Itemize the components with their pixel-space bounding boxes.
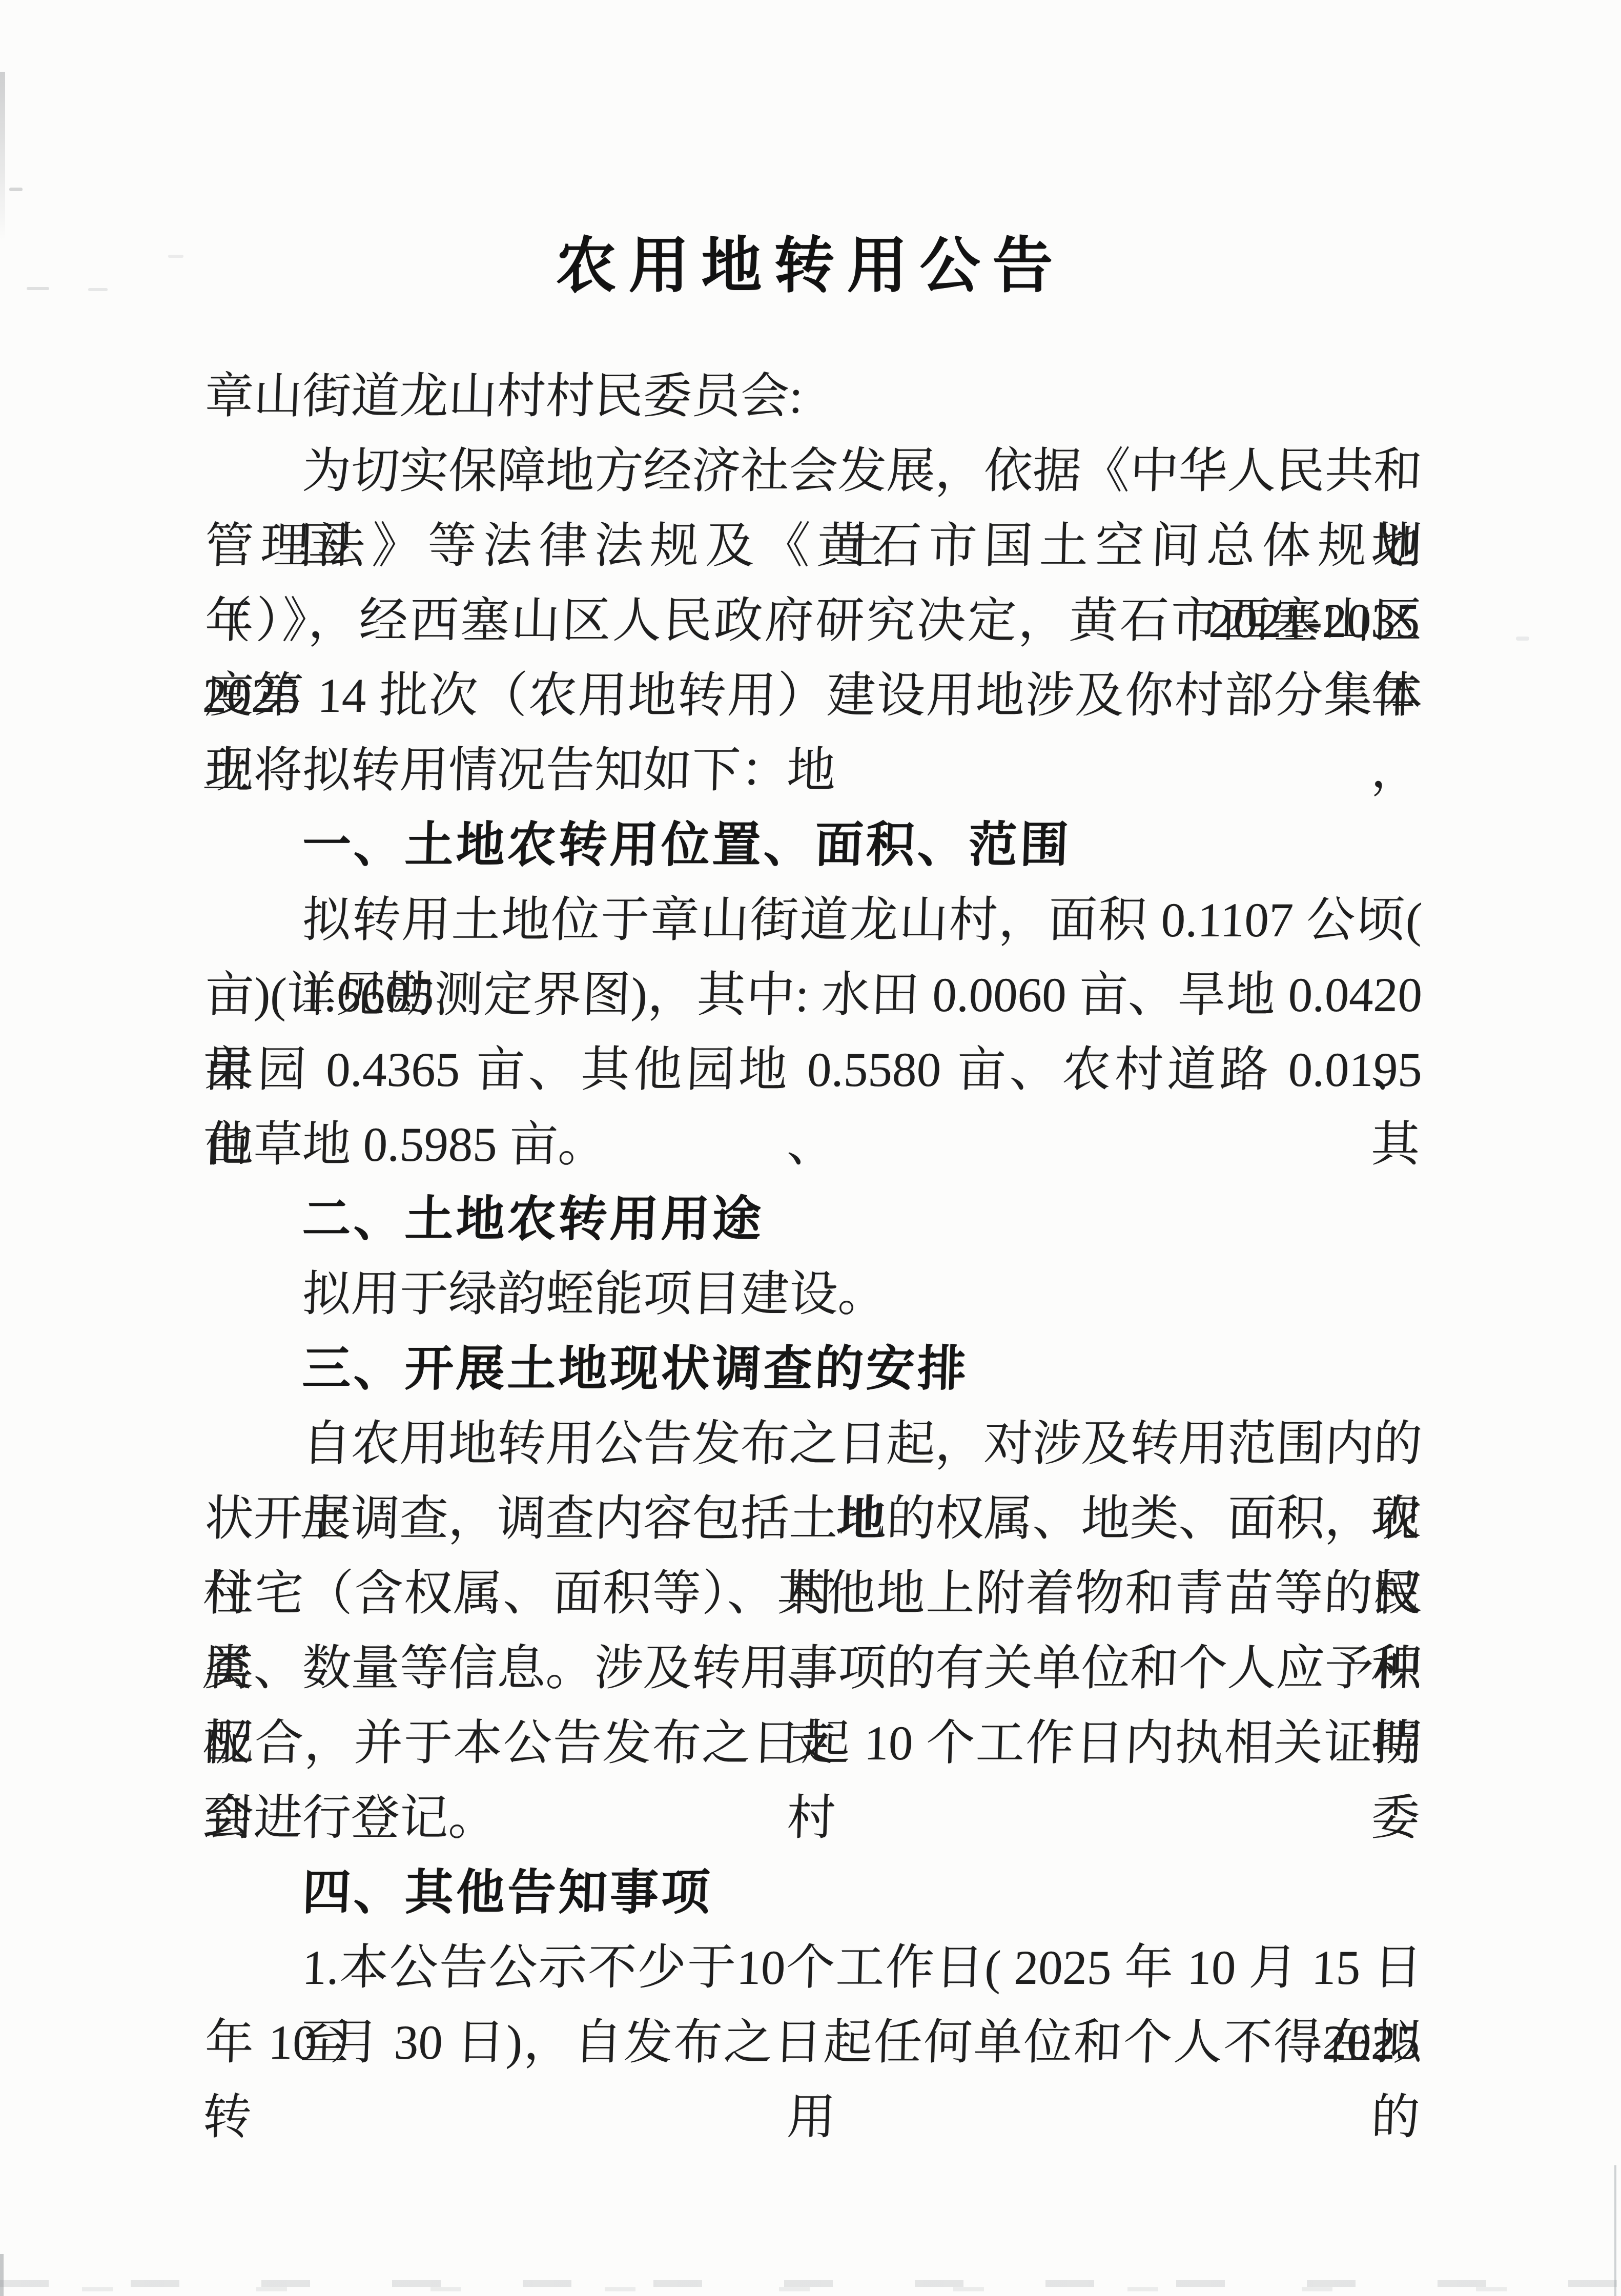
paragraph-line: 拟转用土地位于章山街道龙山村，面积 0.1107 公顷( 1.6605: [204, 883, 1424, 957]
paragraph-line: 类、数量等信息。涉及转用事项的有关单位和个人应予积极支持: [204, 1631, 1424, 1706]
section-heading-3: 三、开展土地现状调查的安排: [204, 1331, 1424, 1406]
document-body: 章山街道龙山村村民委员会: 为切实保障地方经济社会发展，依据《中华人民共和国土地…: [205, 359, 1422, 2080]
paragraph-line: 会进行登记。: [204, 1780, 1424, 1855]
paragraph-line: 拟用于绿韵蛭能项目建设。: [204, 1257, 1424, 1331]
paragraph-line: 管理法》等法律法规及《黄石市国土空间总体规划（2021-2035: [204, 508, 1424, 583]
scan-artifact: [0, 72, 5, 241]
paragraph-line: 度第 14 批次（农用地转用）建设用地涉及你村部分集体土地，: [204, 658, 1424, 733]
scan-artifact: [0, 2280, 1621, 2287]
paragraph-line: 年 10 月 30 日)，自发布之日起任何单位和个人不得在拟转用的: [204, 2005, 1424, 2080]
paragraph-line: 1.本公告公示不少于10个工作日( 2025 年 10 月 15 日至 2025: [204, 1930, 1424, 2005]
document-title: 农用地转用公告: [0, 225, 1621, 307]
paragraph-line: 年）》，经西塞山区人民政府研究决定，黄石市西塞山区 2025 年: [204, 583, 1424, 658]
scanned-document-page: 农用地转用公告 章山街道龙山村村民委员会: 为切实保障地方经济社会发展，依据《中…: [0, 0, 1621, 2296]
paragraph-line: 自农用地转用公告发布之日起，对涉及转用范围内的土地现: [204, 1406, 1424, 1481]
scan-artifact: [9, 188, 23, 191]
section-heading-1: 一、土地农转用位置、面积、范围: [204, 808, 1424, 883]
paragraph-line: 为切实保障地方经济社会发展，依据《中华人民共和国土地: [204, 434, 1424, 508]
section-heading-4: 四、其他告知事项: [204, 1855, 1424, 1930]
paragraph-line: 亩)(详见勘测定界图)，其中: 水田 0.0060 亩、旱地 0.0420 亩、: [204, 957, 1424, 1032]
paragraph-line: 状开展调查，调查内容包括土地的权属、地类、面积，农村村民: [204, 1481, 1424, 1556]
section-heading-2: 二、土地农转用用途: [204, 1182, 1424, 1257]
scan-artifact: [1516, 637, 1529, 641]
salutation-line: 章山街道龙山村村民委员会:: [204, 359, 1424, 434]
scan-artifact: [82, 2287, 1517, 2291]
scan-artifact: [1614, 2165, 1616, 2296]
paragraph-line: 配合，并于本公告发布之日起 10 个工作日内执相关证明到村委: [204, 1706, 1424, 1780]
paragraph-line: 现将拟转用情况告知如下：: [204, 733, 1424, 808]
paragraph-line: 他草地 0.5985 亩。: [204, 1107, 1424, 1182]
scan-artifact: [0, 2254, 4, 2296]
paragraph-line: 住宅（含权属、面积等）、其他地上附着物和青苗等的权属、种: [204, 1556, 1424, 1631]
paragraph-line: 果园 0.4365 亩、其他园地 0.5580 亩、农村道路 0.0195 亩、…: [204, 1032, 1424, 1107]
